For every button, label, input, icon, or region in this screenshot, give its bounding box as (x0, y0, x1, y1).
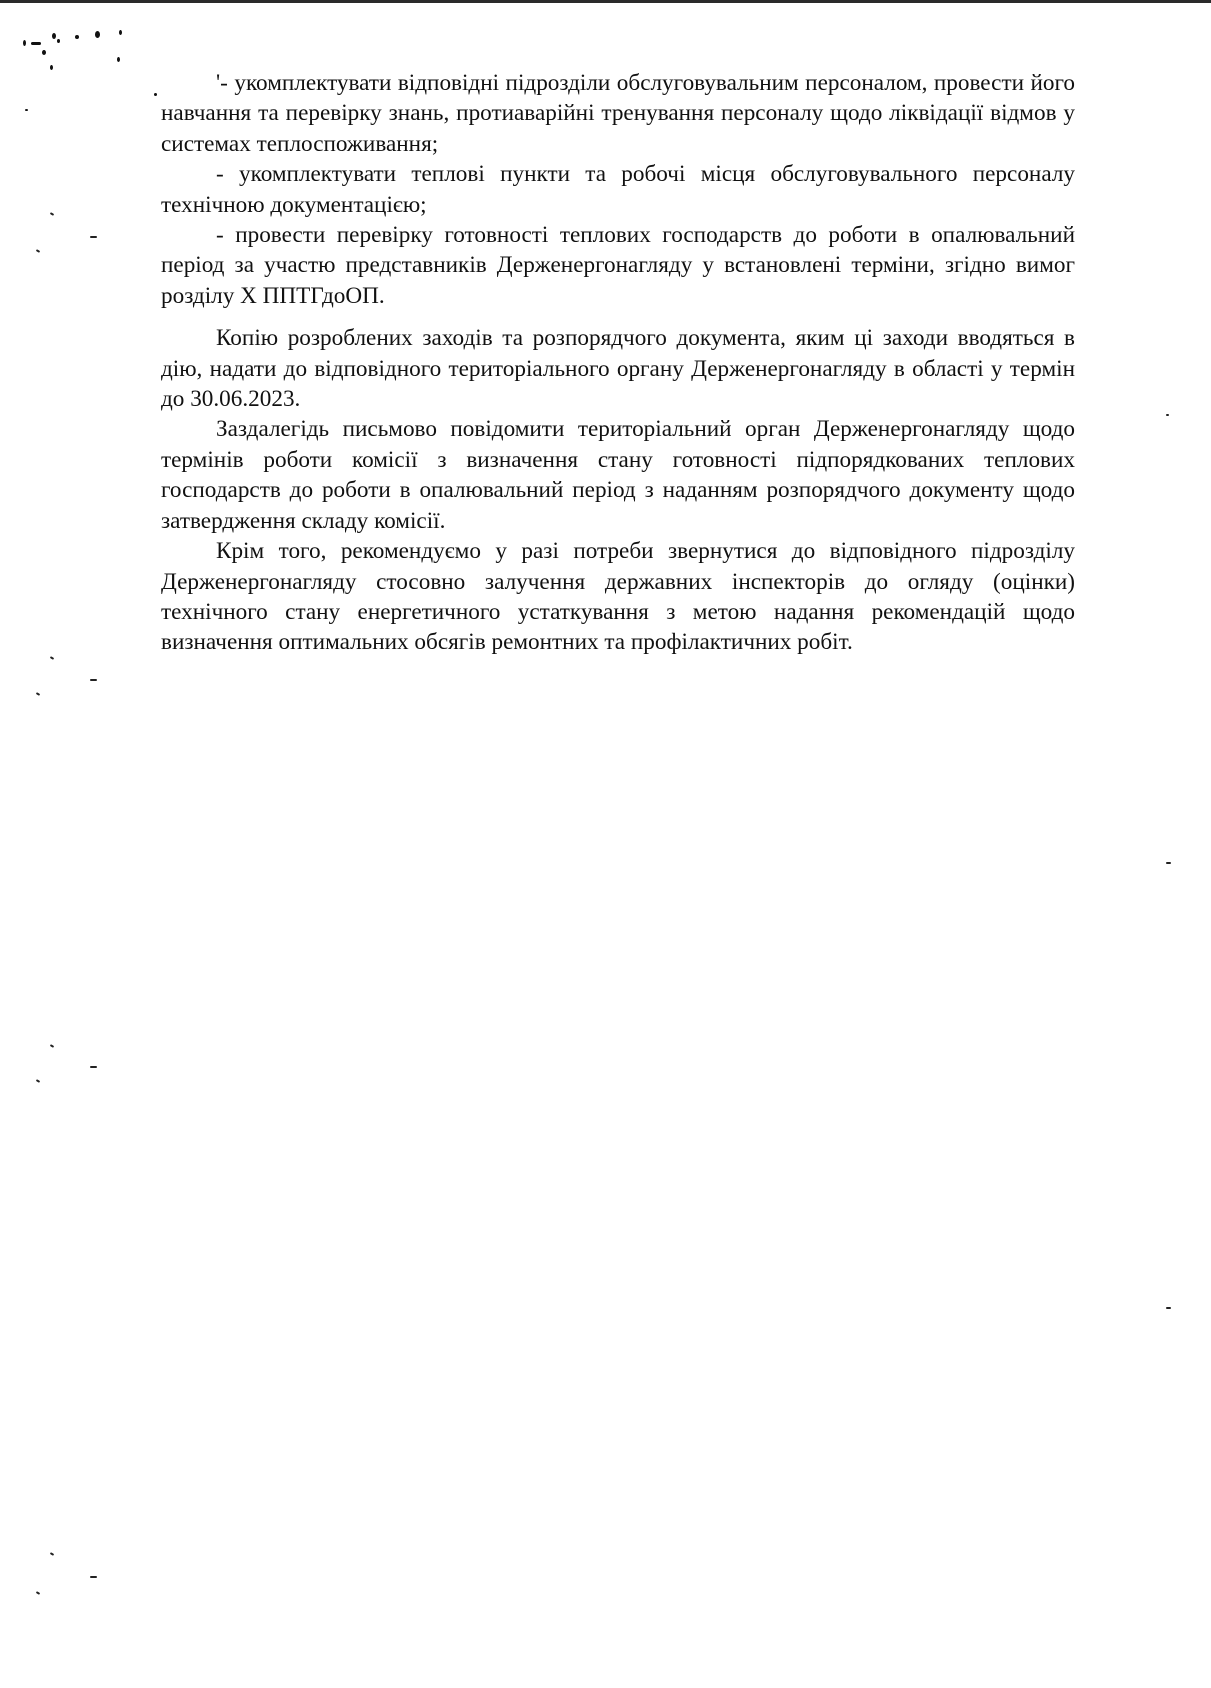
scan-mark (1166, 862, 1171, 864)
scan-mark (90, 236, 97, 238)
scan-mark (90, 1576, 97, 1578)
scan-mark (1166, 1307, 1171, 1309)
scan-speck (119, 30, 122, 35)
scan-mark (50, 656, 54, 660)
scan-speck (23, 40, 26, 46)
scan-mark (50, 212, 54, 216)
paragraph-recommendation: Крім того, рекомендуємо у разі потреби з… (161, 536, 1075, 658)
scan-mark (50, 1044, 54, 1048)
scan-speck (25, 109, 28, 111)
scan-speck (57, 39, 60, 43)
scan-top-border (0, 0, 1211, 3)
paragraph-bullet-documentation: - укомплектувати теплові пункти та робоч… (161, 159, 1075, 220)
scan-mark (1166, 414, 1169, 416)
paragraph-copy-submission: Копію розроблених заходів та розпорядчог… (161, 323, 1075, 414)
scan-mark (50, 1552, 54, 1556)
scan-mark (36, 1591, 40, 1595)
scan-speck (154, 93, 157, 96)
paragraph-bullet-readiness-check: - провести перевірку готовності теплових… (161, 220, 1075, 311)
paragraph-bullet-staffing: '- укомплектувати відповідні підрозділи … (161, 68, 1075, 159)
scan-mark (90, 679, 97, 681)
document-body: '- укомплектувати відповідні підрозділи … (161, 68, 1075, 658)
scan-mark (90, 1066, 97, 1068)
scan-speck (42, 50, 46, 55)
scan-speck (52, 33, 56, 39)
scan-speck (95, 31, 100, 38)
scan-mark (36, 249, 40, 253)
scan-speck (75, 35, 79, 39)
scan-speck (50, 65, 53, 70)
paragraph-advance-notice: Заздалегідь письмово повідомити територі… (161, 414, 1075, 536)
scan-speck (117, 57, 120, 62)
scan-speck (31, 42, 41, 45)
scan-mark (36, 1079, 40, 1083)
scan-mark (36, 692, 40, 696)
